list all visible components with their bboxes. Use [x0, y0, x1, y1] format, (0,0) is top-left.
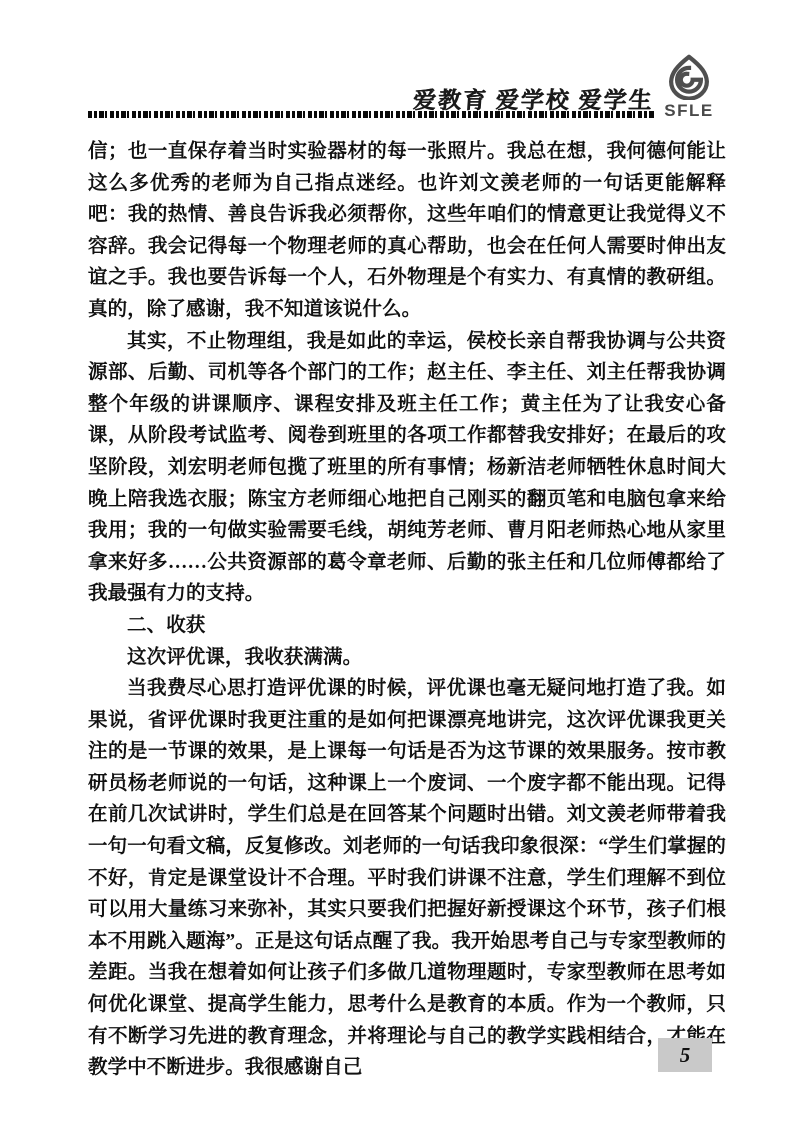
page-number-box: 5 — [658, 1038, 712, 1072]
sfle-leaf-spiral-icon — [667, 54, 711, 100]
page-number: 5 — [680, 1043, 691, 1068]
body-paragraph: 当我费尽心思打造评优课的时候，评优课也毫无疑问地打造了我。如果说，省评优课时我更… — [88, 673, 726, 1084]
body-paragraph: 这次评优课，我收获满满。 — [88, 642, 726, 674]
page-body: 信；也一直保存着当时实验器材的每一张照片。我总在想，我何德何能让这么多优秀的老师… — [88, 136, 726, 1084]
publisher-logo: SFLE — [654, 54, 724, 121]
section-heading: 二、收获 — [88, 610, 726, 642]
book-page: 爱教育 爱学校 爱学生 SFLE 信；也一直保存着当时实验器材的每一张照片。我总… — [0, 0, 803, 1134]
body-paragraph: 其实，不止物理组，我是如此的幸运，侯校长亲自帮我协调与公共资源部、后勤、司机等各… — [88, 326, 726, 610]
logo-wordmark: SFLE — [654, 101, 724, 121]
body-paragraph: 信；也一直保存着当时实验器材的每一张照片。我总在想，我何德何能让这么多优秀的老师… — [88, 136, 726, 326]
header-dashed-rule — [88, 111, 654, 118]
